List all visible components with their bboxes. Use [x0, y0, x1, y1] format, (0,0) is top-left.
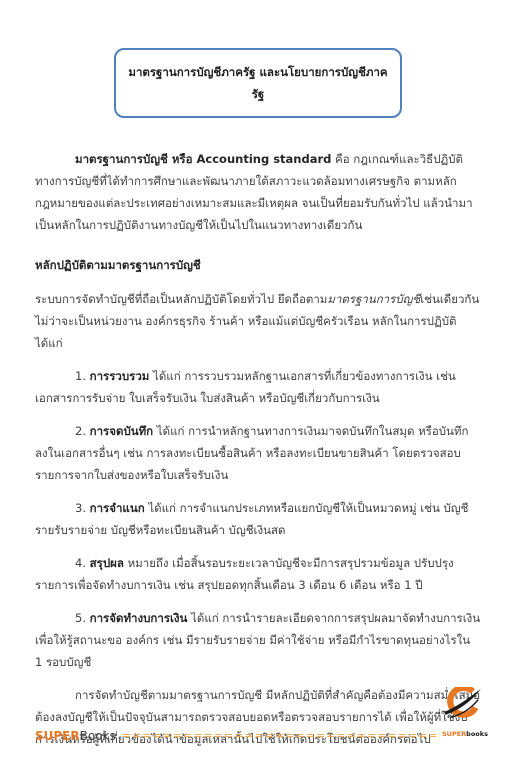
footer-brand-super: SUPER	[35, 729, 80, 743]
list-item-2: 2. การจดบันทึก ได้แก่ การนำหลักฐานทางการ…	[35, 420, 481, 486]
item-term: การรวบรวม	[90, 369, 150, 383]
list-item-5: 5. การจัดทำงบการเงิน ได้แก่ การนำรายละเอ…	[35, 607, 481, 673]
item-number: 5.	[75, 611, 90, 625]
logo-text-books: books	[466, 730, 488, 738]
list-item-3: 3. การจำแนก ได้แก่ การจำแนกประเภทหรือแยก…	[35, 497, 481, 541]
logo-text-super: SUPER	[442, 730, 466, 738]
item-number: 3.	[75, 501, 90, 515]
page-title-text: มาตรฐานการบัญชีภาครัฐ และนโยบายการบัญชีภ…	[128, 65, 387, 101]
page-title: มาตรฐานการบัญชีภาครัฐ และนโยบายการบัญชีภ…	[114, 48, 402, 118]
principles-intro-italic: มาตรฐานการบัญชี	[327, 292, 420, 306]
footer-brand: SUPERBooks	[35, 729, 116, 743]
item-term: การจดบันทึก	[90, 424, 154, 438]
footer-brand-books: Books	[80, 729, 116, 743]
superbooks-logo-text: SUPERbooks	[442, 730, 488, 738]
intro-bold-term: มาตรฐานการบัญชี หรือ Accounting standard	[75, 152, 331, 166]
list-item-4: 4. สรุปผล หมายถึง เมื่อสิ้นรอบระยะเวลาบั…	[35, 552, 481, 596]
item-number: 2.	[75, 424, 90, 438]
footer-divider-line: ========================================…	[122, 729, 436, 743]
principles-intro-paragraph: ระบบการจัดทำบัญชีที่ถือเป็นหลักปฏิบัติโด…	[35, 288, 481, 354]
document-page: มาตรฐานการบัญชีภาครัฐ และนโยบายการบัญชีภ…	[0, 0, 516, 769]
item-number: 1.	[75, 369, 90, 383]
section-heading: หลักปฏิบัติตามมาตรฐานการบัญชี	[35, 254, 481, 276]
item-number: 4.	[75, 556, 90, 570]
superbooks-logo: SUPERbooks	[442, 687, 484, 743]
page-footer: SUPERBooks =============================…	[35, 687, 484, 743]
list-item-1: 1. การรวบรวม ได้แก่ การรวบรวมหลักฐานเอกส…	[35, 365, 481, 409]
principles-intro-before: ระบบการจัดทำบัญชีที่ถือเป็นหลักปฏิบัติโด…	[35, 292, 327, 306]
item-term: การจำแนก	[90, 501, 145, 515]
document-content: มาตรฐานการบัญชีภาครัฐ และนโยบายการบัญชีภ…	[0, 0, 516, 750]
superbooks-logo-icon	[443, 687, 483, 721]
item-term: การจัดทำงบการเงิน	[90, 611, 188, 625]
item-term: สรุปผล	[90, 556, 124, 570]
intro-paragraph: มาตรฐานการบัญชี หรือ Accounting standard…	[35, 148, 481, 236]
